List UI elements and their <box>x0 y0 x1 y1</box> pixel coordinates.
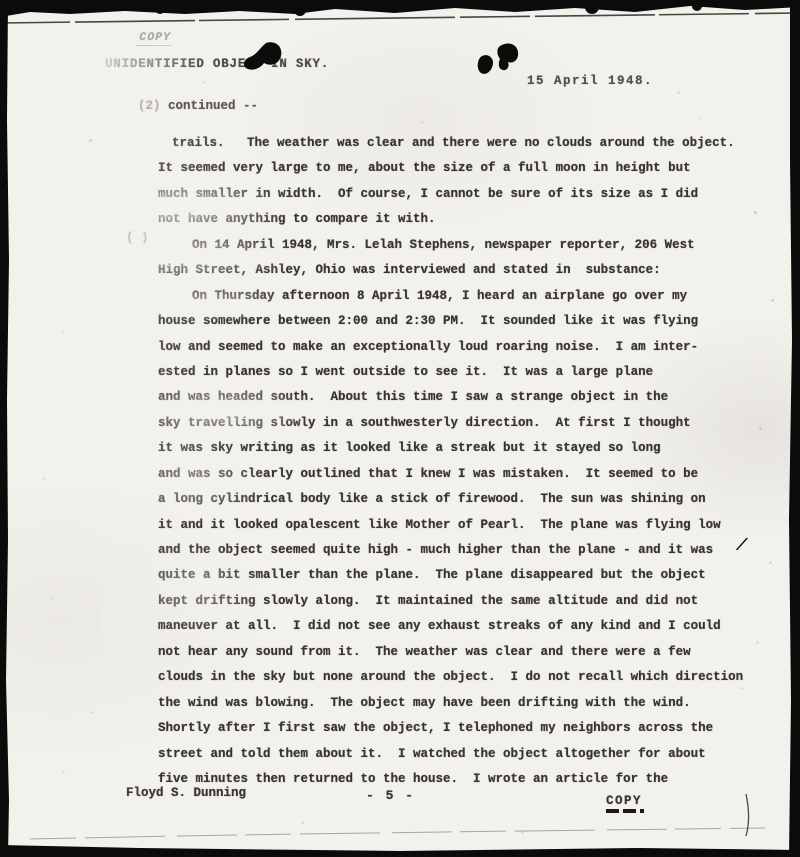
text-line: clouds in the sky but none around the ob… <box>158 665 743 690</box>
text-line: maneuver at all. I did not see any exhau… <box>158 614 743 639</box>
text-line: ested in planes so I went outside to see… <box>158 360 743 385</box>
footer-name: Floyd S. Dunning <box>126 786 246 800</box>
scan-border-top <box>0 0 800 17</box>
text-line: a long cylindrical body like a stick of … <box>158 487 743 512</box>
text-line: Shortly after I first saw the object, I … <box>158 716 743 741</box>
text-line: much smaller in width. Of course, I cann… <box>158 182 743 207</box>
ink-blot <box>497 44 518 71</box>
text-line: quite a bit smaller than the plane. The … <box>158 563 743 588</box>
paper-noise <box>0 0 1 1</box>
text-line: On Thursday afternoon 8 April 1948, I he… <box>158 284 743 309</box>
copy-stamp-bottom: COPY <box>606 794 644 813</box>
text-line: and the object seemed quite high - much … <box>158 538 743 563</box>
scan-border-right <box>789 0 800 857</box>
text-line: it and it looked opalescent like Mother … <box>158 513 743 538</box>
text-line: sky travelling slowly in a southwesterly… <box>158 411 743 436</box>
text-line: trails. The weather was clear and there … <box>158 131 743 156</box>
continued-text: continued -- <box>161 99 259 113</box>
scan-border-left <box>0 0 9 857</box>
scan-border-bottom <box>0 845 800 857</box>
text-line: High Street, Ashley, Ohio was interviewe… <box>158 258 743 283</box>
scan-scratch-hook <box>746 794 749 836</box>
text-line: It seemed very large to me, about the si… <box>158 156 743 181</box>
scan-line-top <box>0 13 798 23</box>
margin-paragraph-mark: ( ) <box>126 231 149 245</box>
continued-mark: (2) <box>138 99 161 113</box>
text-line: street and told them about it. I watched… <box>158 742 743 767</box>
scan-scratch-bottom <box>30 828 765 839</box>
continued-line: (2) continued -- <box>138 99 258 113</box>
text-line: the wind was blowing. The object may hav… <box>158 691 743 716</box>
page-number: - 5 - <box>366 788 415 803</box>
document-date: 15 April 1948. <box>527 74 653 88</box>
copy-stamp-top: COPY <box>135 31 174 46</box>
text-line: and was so clearly outlined that I knew … <box>158 462 743 487</box>
text-line: not hear any sound from it. The weather … <box>158 640 743 665</box>
text-line: kept drifting slowly along. It maintaine… <box>158 589 743 614</box>
text-line: house somewhere between 2:00 and 2:30 PM… <box>158 309 743 334</box>
text-line: On 14 April 1948, Mrs. Lelah Stephens, n… <box>158 233 743 258</box>
ink-blot <box>478 55 493 74</box>
page-title: UNIDENTIFIED OBJECT IN SKY. <box>105 57 329 71</box>
copy-stamp-text: COPY <box>606 794 642 808</box>
text-line: it was sky writing as it looked like a s… <box>158 436 743 461</box>
scanned-document-page: COPY UNIDENTIFIED OBJECT IN SKY. 15 Apri… <box>0 0 800 857</box>
text-line: low and seemed to make an exceptionally … <box>158 335 743 360</box>
document-body: trails. The weather was clear and there … <box>158 131 743 792</box>
copy-stamp-underline <box>606 809 644 813</box>
text-line: not have anything to compare it with. <box>158 207 743 232</box>
text-line: and was headed south. About this time I … <box>158 385 743 410</box>
